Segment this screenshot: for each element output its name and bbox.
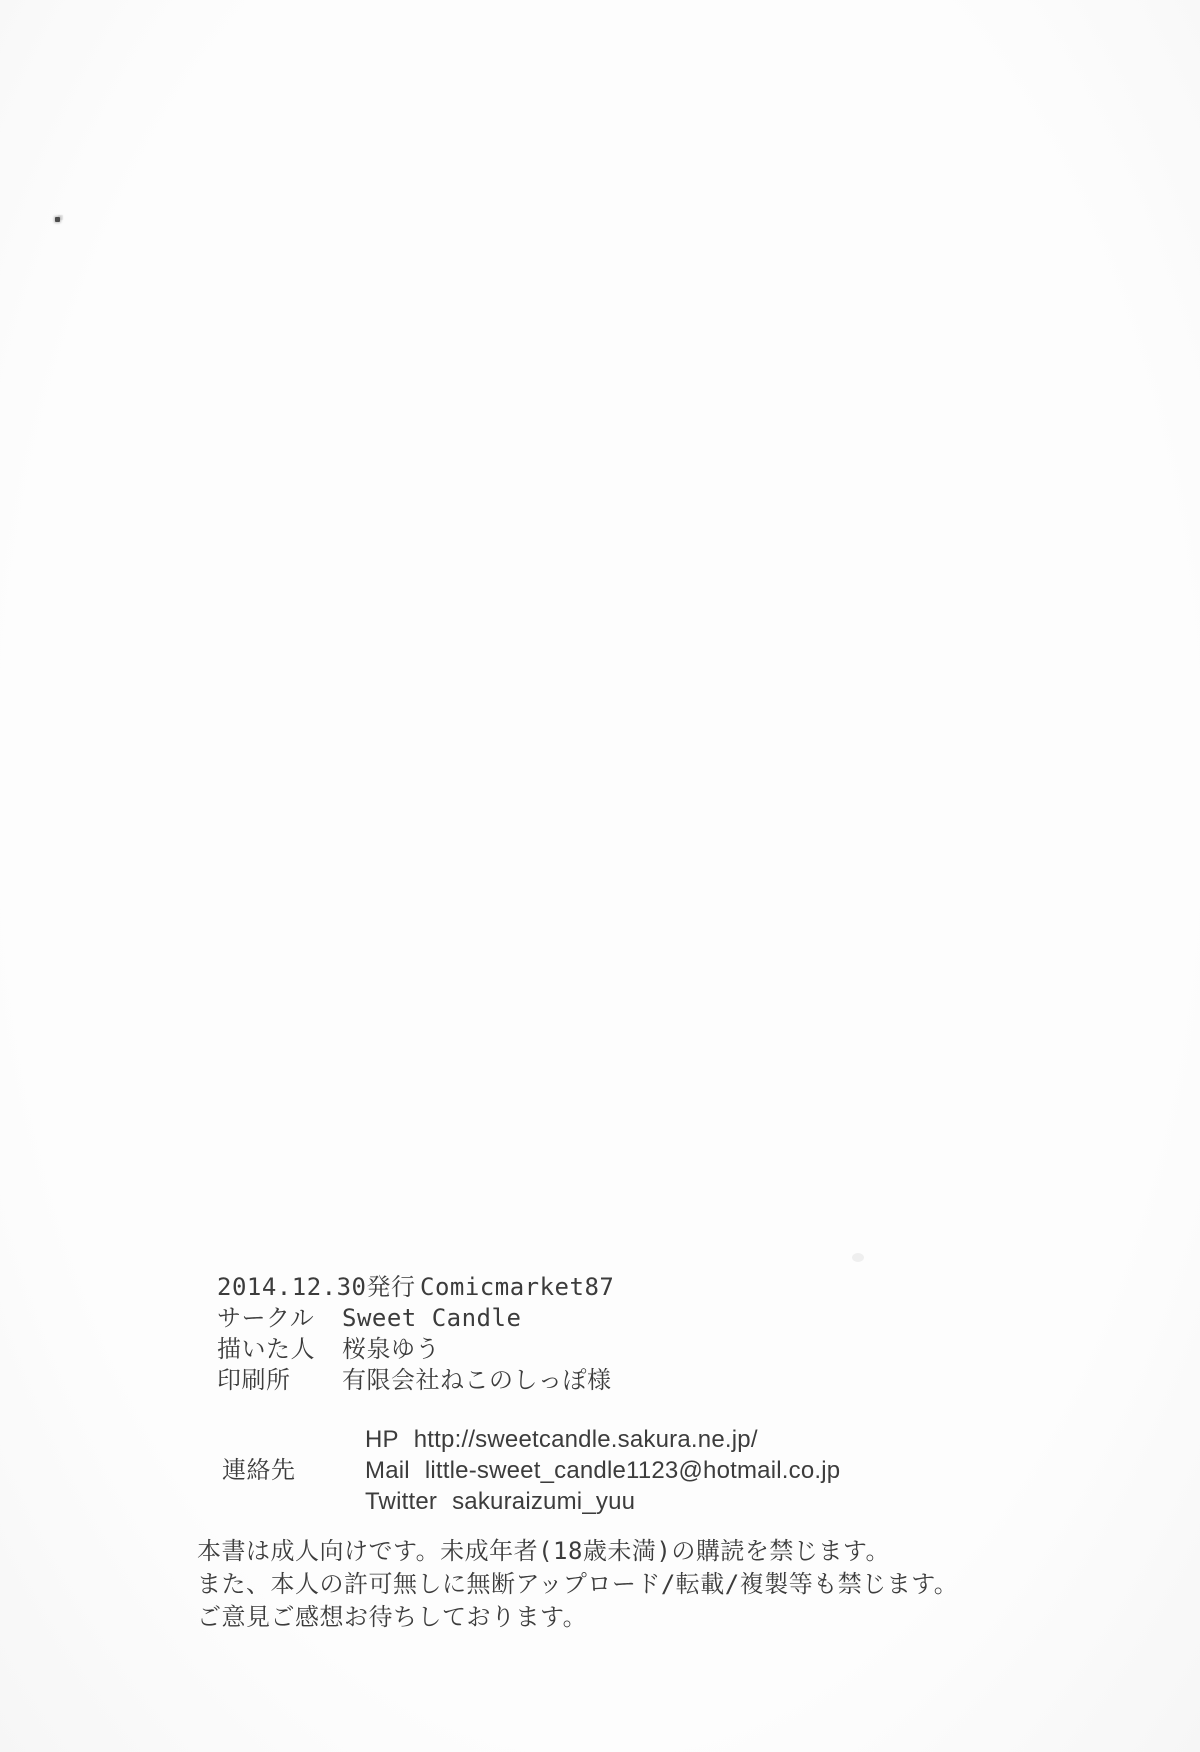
publication-event-value: Comicmarket87 (420, 1272, 614, 1303)
contact-block: 連絡先 HP http://sweetcandle.sakura.ne.jp/ … (217, 1424, 840, 1517)
twitter-handle: sakuraizumi_yuu (452, 1486, 635, 1517)
publication-date-label: 2014.12.30発行 (217, 1272, 420, 1303)
scanned-page: 2014.12.30発行 Comicmarket87 サークル Sweet Ca… (0, 0, 1200, 1752)
printer-label: 印刷所 (217, 1365, 342, 1396)
disclaimer-block: 本書は成人向けです。未成年者(18歳未満)の購読を禁じます。 また、本人の許可無… (197, 1535, 958, 1634)
contact-row-twitter: Twitter sakuraizumi_yuu (365, 1486, 840, 1517)
artist-value: 桜泉ゆう (342, 1334, 440, 1365)
circle-label: サークル (217, 1303, 342, 1334)
mail-address: little-sweet_candle1123@hotmail.co.jp (425, 1455, 841, 1486)
mail-label: Mail (365, 1455, 410, 1486)
hp-url: http://sweetcandle.sakura.ne.jp/ (414, 1424, 758, 1455)
printer-value: 有限会社ねこのしっぽ様 (342, 1365, 612, 1396)
contact-row-hp: HP http://sweetcandle.sakura.ne.jp/ (365, 1424, 840, 1455)
scan-speck-artifact (55, 217, 60, 222)
disclaimer-line-adult-only: 本書は成人向けです。未成年者(18歳未満)の購読を禁じます。 (197, 1535, 958, 1568)
hp-label: HP (365, 1424, 399, 1455)
disclaimer-line-no-repost: また、本人の許可無しに無断アップロード/転載/複製等も禁じます。 (197, 1568, 958, 1601)
colophon-block: 2014.12.30発行 Comicmarket87 サークル Sweet Ca… (217, 1272, 614, 1396)
scan-smudge-artifact (852, 1253, 864, 1262)
contact-row-mail: Mail little-sweet_candle1123@hotmail.co.… (365, 1455, 840, 1486)
disclaimer-line-feedback: ご意見ご感想お待ちしております。 (197, 1601, 958, 1634)
colophon-row-publication: 2014.12.30発行 Comicmarket87 (217, 1272, 614, 1303)
twitter-label: Twitter (365, 1486, 437, 1517)
contact-label: 連絡先 (222, 1455, 296, 1486)
circle-value: Sweet Candle (342, 1303, 521, 1334)
colophon-row-artist: 描いた人 桜泉ゆう (217, 1334, 614, 1365)
colophon-row-printer: 印刷所 有限会社ねこのしっぽ様 (217, 1365, 614, 1396)
artist-label: 描いた人 (217, 1334, 342, 1365)
colophon-row-circle: サークル Sweet Candle (217, 1303, 614, 1334)
